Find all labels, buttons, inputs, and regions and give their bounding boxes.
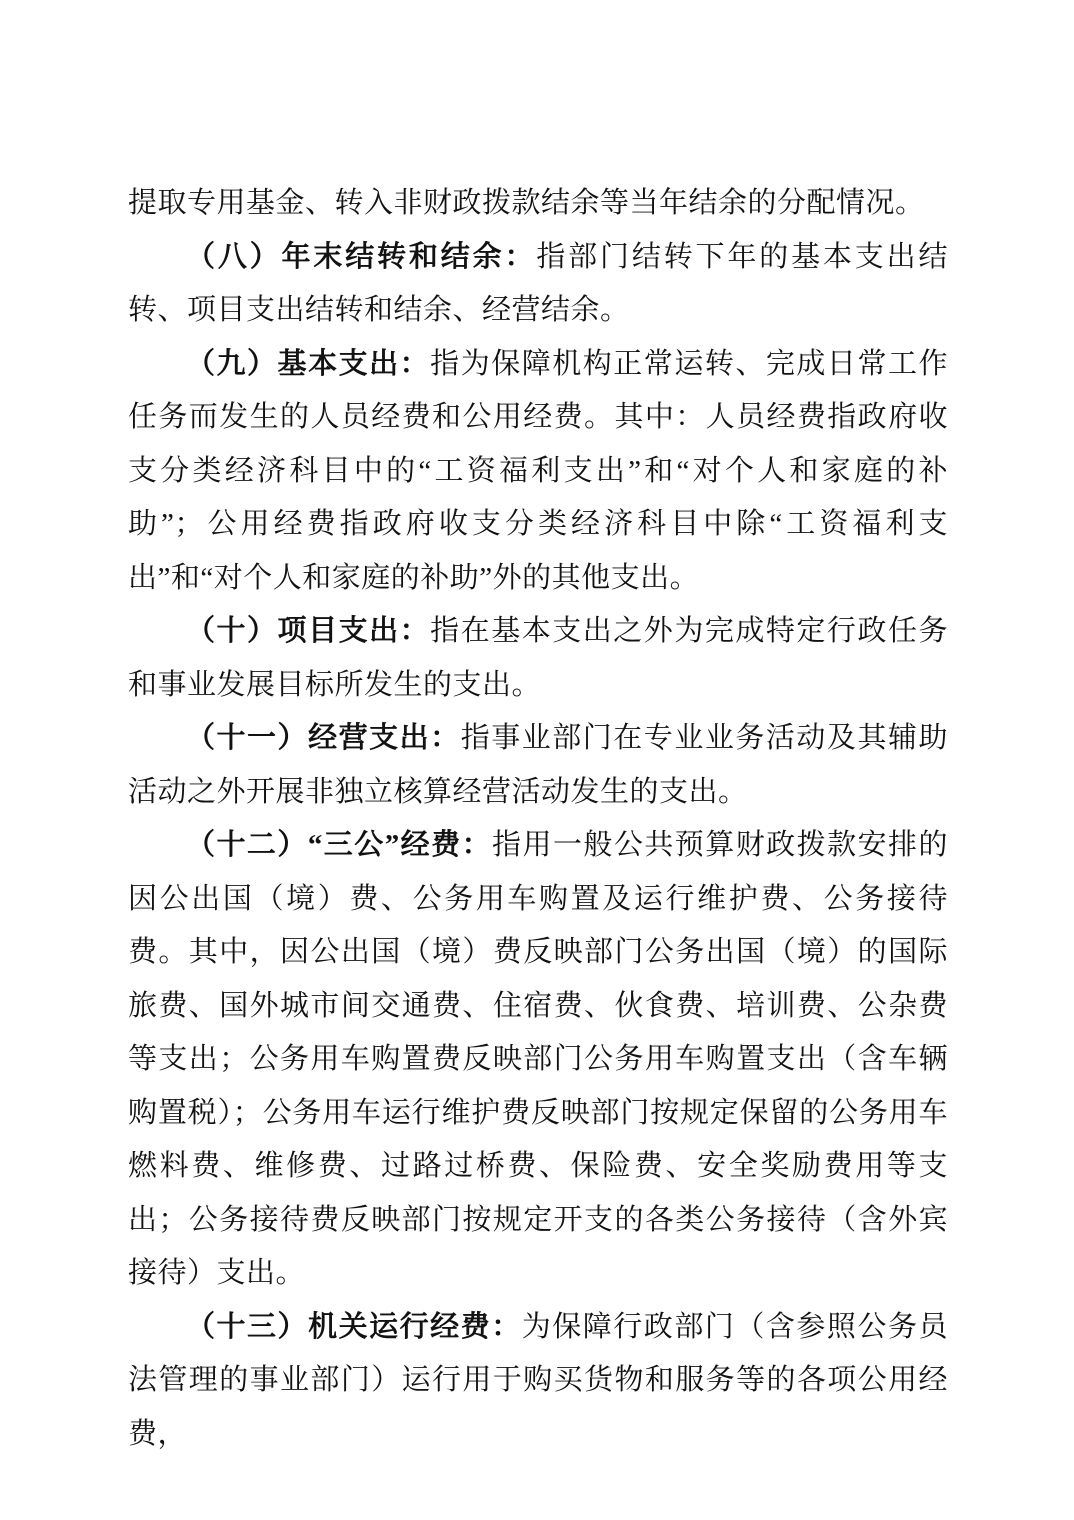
paragraph-lead: （十二）“三公”经费： <box>186 829 492 861</box>
paragraph-lead: （八）年末结转和结余： <box>186 241 536 273</box>
paragraph-item-11: （十一）经营支出：指事业部门在专业业务活动及其辅助活动之外开展非独立核算经营活动… <box>128 712 948 819</box>
paragraph-item-10: （十）项目支出：指在基本支出之外为完成特定行政任务和事业发展目标所发生的支出。 <box>128 605 948 712</box>
document-text-block: 提取专用基金、转入非财政拨款结余等当年结余的分配情况。 （八）年末结转和结余：指… <box>128 177 948 1461</box>
paragraph-item-9: （九）基本支出：指为保障机构正常运转、完成日常工作任务而发生的人员经费和公用经费… <box>128 338 948 606</box>
paragraph-item-8: （八）年末结转和结余：指部门结转下年的基本支出结转、项目支出结转和结余、经营结余… <box>128 231 948 338</box>
paragraph-body: 提取专用基金、转入非财政拨款结余等当年结余的分配情况。 <box>128 187 925 219</box>
paragraph-body: 指用一般公共预算财政拨款安排的因公出国（境）费、公务用车购置及运行维护费、公务接… <box>128 829 948 1289</box>
paragraph-item-13: （十三）机关运行经费：为保障行政部门（含参照公务员法管理的事业部门）运行用于购买… <box>128 1301 948 1462</box>
document-page: 提取专用基金、转入非财政拨款结余等当年结余的分配情况。 （八）年末结转和结余：指… <box>0 0 1074 1520</box>
paragraph-continuation: 提取专用基金、转入非财政拨款结余等当年结余的分配情况。 <box>128 177 948 231</box>
paragraph-lead: （九）基本支出： <box>186 348 430 380</box>
paragraph-item-12: （十二）“三公”经费：指用一般公共预算财政拨款安排的因公出国（境）费、公务用车购… <box>128 819 948 1301</box>
paragraph-lead: （十三）机关运行经费： <box>186 1311 522 1343</box>
paragraph-body: 指为保障机构正常运转、完成日常工作任务而发生的人员经费和公用经费。其中：人员经费… <box>128 348 948 594</box>
paragraph-lead: （十）项目支出： <box>186 615 430 647</box>
paragraph-lead: （十一）经营支出： <box>186 722 461 754</box>
